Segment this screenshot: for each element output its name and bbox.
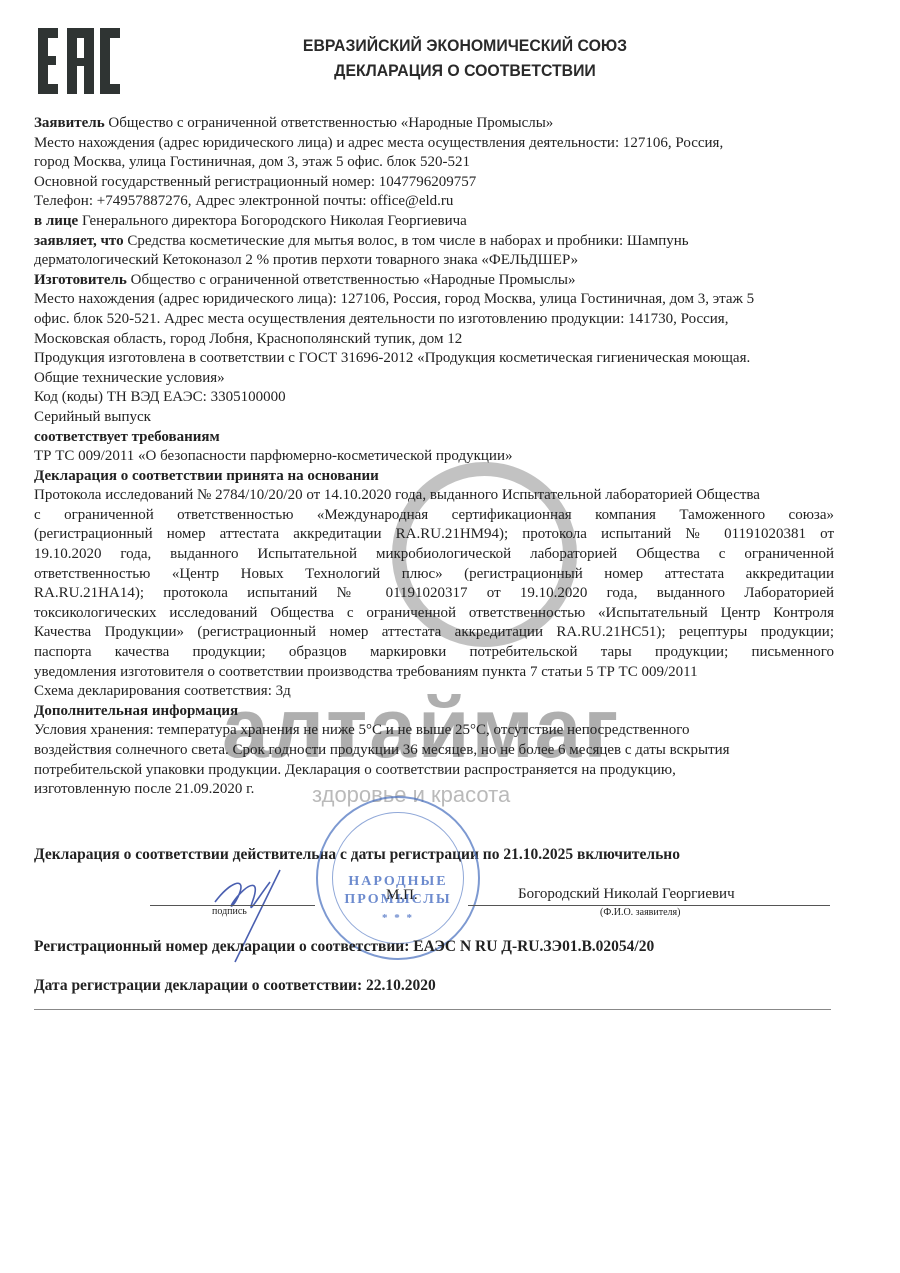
applicant-address-1: Место нахождения (адрес юридического лиц… xyxy=(34,134,834,154)
declares-line-1: заявляет, что Средства косметические для… xyxy=(34,232,834,252)
eac-logo xyxy=(38,28,120,94)
basis-line: токсикологических исследований Общества … xyxy=(34,604,834,624)
manufacturer-line: Изготовитель Общество с ограниченной отв… xyxy=(34,271,834,291)
basis-line: Качества Продукции» (регистрационный ном… xyxy=(34,623,834,643)
gost-line-1: Продукция изготовлена в соответствии с Г… xyxy=(34,349,834,369)
additional-info-line: Условия хранения: температура хранения н… xyxy=(34,721,834,741)
signer-name: Богородский Николай Георгиевич xyxy=(518,886,735,903)
basis-line: паспорта качества продукции; образцов ма… xyxy=(34,643,834,663)
additional-info-line: потребительской упаковки продукции. Декл… xyxy=(34,761,834,781)
applicant-contacts: Телефон: +74957887276, Адрес электронной… xyxy=(34,192,834,212)
applicant-line: Заявитель Общество с ограниченной ответс… xyxy=(34,114,834,134)
requirements-label: соответствует требованиям xyxy=(34,428,834,448)
company-seal-stamp: НАРОДНЫЕ ПРОМЫСЛЫ * * * xyxy=(316,796,480,960)
signer-caption: (Ф.И.О. заявителя) xyxy=(600,907,680,918)
gost-line-2: Общие технические условия» xyxy=(34,369,834,389)
signature-caption: подпись xyxy=(212,906,247,917)
basis-line: RA.RU.21HA14); протокола испытаний № 011… xyxy=(34,584,834,604)
manufacturer-address-1: Место нахождения (адрес юридического лиц… xyxy=(34,290,834,310)
basis-label: Декларация о соответствии принята на осн… xyxy=(34,467,834,487)
basis-line: с ограниченной ответственностью «Междуна… xyxy=(34,506,834,526)
basis-line: 19.10.2020 года, выданного Испытательной… xyxy=(34,545,834,565)
seal-placeholder: М.П. xyxy=(386,887,418,904)
name-line xyxy=(468,905,830,906)
manufacturer-address-2: офис. блок 520-521. Адрес места осуществ… xyxy=(34,310,834,330)
applicant-ogrn: Основной государственный регистрационный… xyxy=(34,173,834,193)
declares-line-2: дерматологический Кетоконазол 2 % против… xyxy=(34,251,834,271)
basis-line: уведомления изготовителя о соответствии … xyxy=(34,663,834,683)
additional-info-line: воздействия солнечного света. Срок годно… xyxy=(34,741,834,761)
applicant-address-2: город Москва, улица Гостиничная, дом 3, … xyxy=(34,153,834,173)
declaration-title: ДЕКЛАРАЦИЯ О СООТВЕТСТВИИ xyxy=(219,58,712,83)
requirements-text: ТР ТС 009/2011 «О безопасности парфюмерн… xyxy=(34,447,834,467)
declaration-body: Заявитель Общество с ограниченной ответс… xyxy=(34,114,834,800)
tn-ved-code: Код (коды) ТН ВЭД ЕАЭС: 3305100000 xyxy=(34,388,834,408)
additional-info-line: изготовленную после 21.09.2020 г. xyxy=(34,780,834,800)
basis-text: Протокола исследований № 2784/10/20/20 о… xyxy=(34,486,834,682)
manufacturer-address-3: Московская область, город Лобня, Красноп… xyxy=(34,330,834,350)
bottom-divider xyxy=(34,1009,831,1010)
additional-info-label: Дополнительная информация xyxy=(34,702,834,722)
stamp-stars: * * * xyxy=(318,912,478,924)
registration-number: Регистрационный номер декларации о соотв… xyxy=(34,938,654,956)
declaration-scheme: Схема декларирования соответствия: 3д xyxy=(34,682,834,702)
basis-line: ответственностью «Центр Новых Технологий… xyxy=(34,565,834,585)
union-title: ЕВРАЗИЙСКИЙ ЭКОНОМИЧЕСКИЙ СОЮЗ xyxy=(219,33,712,58)
registration-date: Дата регистрации декларации о соответств… xyxy=(34,977,436,995)
basis-line: Протокола исследований № 2784/10/20/20 о… xyxy=(34,486,834,506)
series-type: Серийный выпуск xyxy=(34,408,834,428)
basis-line: (регистрационный номер аттестата аккреди… xyxy=(34,525,834,545)
applicant-representative: в лице Генерального директора Богородско… xyxy=(34,212,834,232)
document-header: ЕВРАЗИЙСКИЙ ЭКОНОМИЧЕСКИЙ СОЮЗ ДЕКЛАРАЦИ… xyxy=(219,33,712,83)
